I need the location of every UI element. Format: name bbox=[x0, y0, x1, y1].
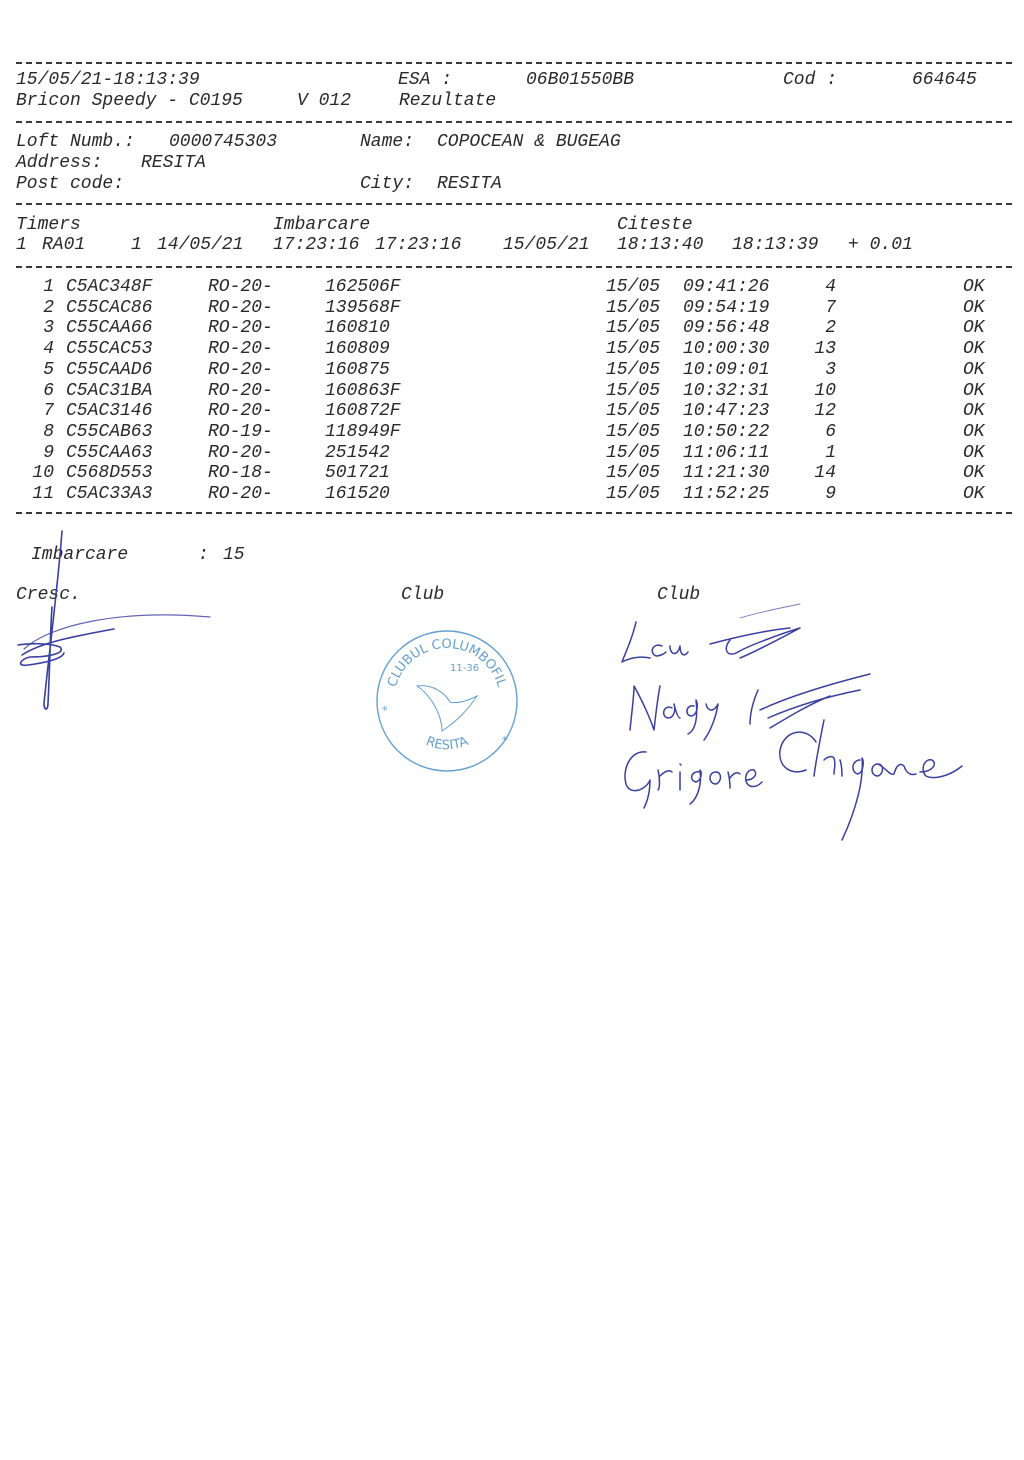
result-ring-number: 251542 bbox=[325, 443, 390, 463]
city-label: City: bbox=[360, 174, 414, 194]
result-country-year: RO-19- bbox=[208, 422, 273, 442]
post-code-label: Post code: bbox=[16, 174, 124, 194]
result-basket-number: 10 bbox=[800, 381, 836, 401]
result-country-year: RO-18- bbox=[208, 463, 273, 483]
result-status: OK bbox=[963, 318, 985, 338]
result-position: 11 bbox=[16, 484, 54, 504]
result-status: OK bbox=[963, 422, 985, 442]
result-arrival-time: 09:54:19 bbox=[683, 298, 769, 318]
result-arrival-time: 09:41:26 bbox=[683, 277, 769, 297]
result-position: 4 bbox=[16, 339, 54, 359]
result-position: 5 bbox=[16, 360, 54, 380]
club-officials-signatures bbox=[610, 600, 980, 850]
separator-results bbox=[16, 512, 1012, 514]
result-arrival-time: 10:09:01 bbox=[683, 360, 769, 380]
result-chip-id: C55CAA63 bbox=[66, 443, 152, 463]
result-ring-number: 139568F bbox=[325, 298, 401, 318]
timer-number: 1 bbox=[16, 235, 27, 255]
esa-label: ESA : bbox=[398, 70, 452, 90]
result-ring-number: 160875 bbox=[325, 360, 390, 380]
result-arrival-date: 15/05 bbox=[606, 484, 660, 504]
result-chip-id: C55CAB63 bbox=[66, 422, 152, 442]
separator-loft bbox=[16, 203, 1012, 205]
result-chip-id: C568D553 bbox=[66, 463, 152, 483]
loft-number-label: Loft Numb.: bbox=[16, 132, 135, 152]
stamp-top-text: CLUBUL COLUMBOFIL bbox=[385, 637, 509, 690]
result-arrival-date: 15/05 bbox=[606, 298, 660, 318]
result-chip-id: C55CAC86 bbox=[66, 298, 152, 318]
result-ring-number: 160810 bbox=[325, 318, 390, 338]
stamp-number: 11-36 bbox=[450, 663, 479, 674]
basket-time-2: 17:23:16 bbox=[375, 235, 461, 255]
svg-text:*: * bbox=[382, 704, 388, 717]
result-arrival-date: 15/05 bbox=[606, 339, 660, 359]
result-status: OK bbox=[963, 277, 985, 297]
result-country-year: RO-20- bbox=[208, 318, 273, 338]
timers-label: Timers bbox=[16, 215, 81, 235]
device-name: Bricon Speedy - C0195 bbox=[16, 91, 243, 111]
result-position: 6 bbox=[16, 381, 54, 401]
result-basket-number: 4 bbox=[800, 277, 836, 297]
result-chip-id: C5AC31BA bbox=[66, 381, 152, 401]
fancier-name: COPOCEAN & BUGEAG bbox=[437, 132, 621, 152]
svg-text:RESITA: RESITA bbox=[424, 734, 471, 753]
club-stamp: CLUBUL COLUMBOFIL RESITA 11-36 * * bbox=[372, 626, 522, 776]
result-basket-number: 2 bbox=[800, 318, 836, 338]
result-ring-number: 162506F bbox=[325, 277, 401, 297]
result-country-year: RO-20- bbox=[208, 360, 273, 380]
result-ring-number: 160863F bbox=[325, 381, 401, 401]
result-country-year: RO-20- bbox=[208, 401, 273, 421]
read-time-1: 18:13:40 bbox=[617, 235, 703, 255]
result-arrival-time: 10:50:22 bbox=[683, 422, 769, 442]
result-ring-number: 160809 bbox=[325, 339, 390, 359]
result-arrival-date: 15/05 bbox=[606, 360, 660, 380]
result-chip-id: C55CAAD6 bbox=[66, 360, 152, 380]
timer-count: 1 bbox=[131, 235, 142, 255]
result-status: OK bbox=[963, 298, 985, 318]
result-ring-number: 118949F bbox=[325, 422, 401, 442]
result-basket-number: 3 bbox=[800, 360, 836, 380]
result-arrival-time: 10:00:30 bbox=[683, 339, 769, 359]
result-arrival-date: 15/05 bbox=[606, 318, 660, 338]
result-position: 9 bbox=[16, 443, 54, 463]
basket-time-1: 17:23:16 bbox=[273, 235, 359, 255]
name-label: Name: bbox=[360, 132, 414, 152]
result-status: OK bbox=[963, 401, 985, 421]
result-chip-id: C5AC3146 bbox=[66, 401, 152, 421]
address-value: RESITA bbox=[141, 153, 206, 173]
separator-top bbox=[16, 62, 1012, 64]
result-arrival-date: 15/05 bbox=[606, 463, 660, 483]
result-arrival-date: 15/05 bbox=[606, 277, 660, 297]
result-arrival-time: 11:06:11 bbox=[683, 443, 769, 463]
result-country-year: RO-20- bbox=[208, 484, 273, 504]
clock-deviation: + 0.01 bbox=[848, 235, 913, 255]
svg-text:CLUBUL COLUMBOFIL: CLUBUL COLUMBOFIL bbox=[385, 637, 509, 690]
result-basket-number: 6 bbox=[800, 422, 836, 442]
result-position: 7 bbox=[16, 401, 54, 421]
result-arrival-date: 15/05 bbox=[606, 443, 660, 463]
address-label: Address: bbox=[16, 153, 102, 173]
result-arrival-time: 10:32:31 bbox=[683, 381, 769, 401]
result-basket-number: 7 bbox=[800, 298, 836, 318]
citeste-label: Citeste bbox=[617, 215, 693, 235]
read-time-2: 18:13:39 bbox=[732, 235, 818, 255]
basket-date: 14/05/21 bbox=[157, 235, 243, 255]
result-position: 10 bbox=[16, 463, 54, 483]
result-status: OK bbox=[963, 443, 985, 463]
result-basket-number: 12 bbox=[800, 401, 836, 421]
result-status: OK bbox=[963, 360, 985, 380]
result-ring-number: 161520 bbox=[325, 484, 390, 504]
result-status: OK bbox=[963, 484, 985, 504]
cod-label: Cod : bbox=[783, 70, 837, 90]
result-chip-id: C55CAC53 bbox=[66, 339, 152, 359]
result-arrival-date: 15/05 bbox=[606, 422, 660, 442]
result-arrival-date: 15/05 bbox=[606, 381, 660, 401]
result-country-year: RO-20- bbox=[208, 277, 273, 297]
result-basket-number: 1 bbox=[800, 443, 836, 463]
result-arrival-date: 15/05 bbox=[606, 401, 660, 421]
result-basket-number: 14 bbox=[800, 463, 836, 483]
svg-text:*: * bbox=[502, 734, 508, 747]
result-country-year: RO-20- bbox=[208, 339, 273, 359]
result-chip-id: C5AC33A3 bbox=[66, 484, 152, 504]
city-value: RESITA bbox=[437, 174, 502, 194]
result-country-year: RO-20- bbox=[208, 443, 273, 463]
report-datetime: 15/05/21-18:13:39 bbox=[16, 70, 200, 90]
result-arrival-time: 09:56:48 bbox=[683, 318, 769, 338]
club-label-1: Club bbox=[401, 585, 444, 605]
fancier-signature bbox=[10, 525, 230, 725]
result-basket-number: 13 bbox=[800, 339, 836, 359]
cod-value: 664645 bbox=[912, 70, 977, 90]
result-country-year: RO-20- bbox=[208, 381, 273, 401]
result-status: OK bbox=[963, 463, 985, 483]
esa-value: 06B01550BB bbox=[526, 70, 634, 90]
imbarcare-label: Imbarcare bbox=[273, 215, 370, 235]
result-arrival-time: 11:21:30 bbox=[683, 463, 769, 483]
result-ring-number: 501721 bbox=[325, 463, 390, 483]
stamp-bottom-text: RESITA bbox=[424, 734, 471, 753]
result-position: 3 bbox=[16, 318, 54, 338]
result-basket-number: 9 bbox=[800, 484, 836, 504]
separator-header bbox=[16, 121, 1012, 123]
result-country-year: RO-20- bbox=[208, 298, 273, 318]
result-position: 1 bbox=[16, 277, 54, 297]
loft-number: 0000745303 bbox=[169, 132, 277, 152]
result-status: OK bbox=[963, 381, 985, 401]
result-chip-id: C55CAA66 bbox=[66, 318, 152, 338]
result-ring-number: 160872F bbox=[325, 401, 401, 421]
report-type: Rezultate bbox=[399, 91, 496, 111]
result-arrival-time: 11:52:25 bbox=[683, 484, 769, 504]
read-date: 15/05/21 bbox=[503, 235, 589, 255]
separator-timers bbox=[16, 266, 1012, 268]
result-position: 8 bbox=[16, 422, 54, 442]
result-status: OK bbox=[963, 339, 985, 359]
result-arrival-time: 10:47:23 bbox=[683, 401, 769, 421]
timer-id: RA01 bbox=[42, 235, 85, 255]
firmware-version: V 012 bbox=[297, 91, 351, 111]
result-chip-id: C5AC348F bbox=[66, 277, 152, 297]
result-position: 2 bbox=[16, 298, 54, 318]
